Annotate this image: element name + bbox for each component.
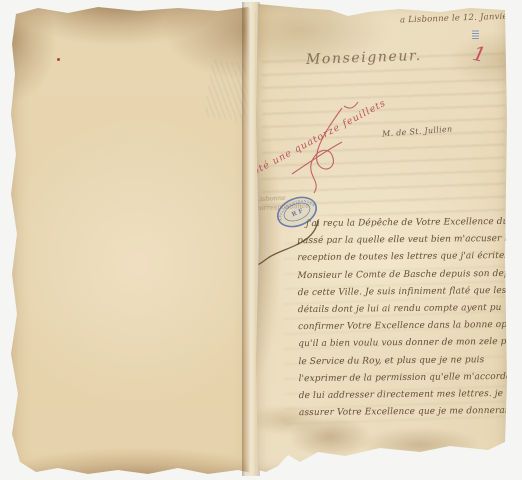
red-ink-dot [57, 58, 60, 61]
manuscript-scan: a Lisbonne le 12. Janvier 1767. 1 Monsei… [0, 0, 522, 480]
body-line: Monsieur le Comte de Basche depuis son d… [297, 268, 512, 287]
letter-page: a Lisbonne le 12. Janvier 1767. 1 Monsei… [254, 2, 510, 474]
body-line: assurer Votre Excellence que je me donne… [299, 406, 514, 425]
letter-body: j'ai reçu la Dépêche de Votre Excellence… [297, 217, 514, 425]
small-blue-stamp-mark [472, 30, 479, 39]
body-line: reception de toutes les lettres que j'ai… [297, 251, 512, 270]
margin-note: Lisbonne correspondance [256, 193, 310, 214]
left-blank-page [8, 4, 256, 476]
dateline: a Lisbonne le 12. Janvier 1767. [400, 11, 522, 26]
